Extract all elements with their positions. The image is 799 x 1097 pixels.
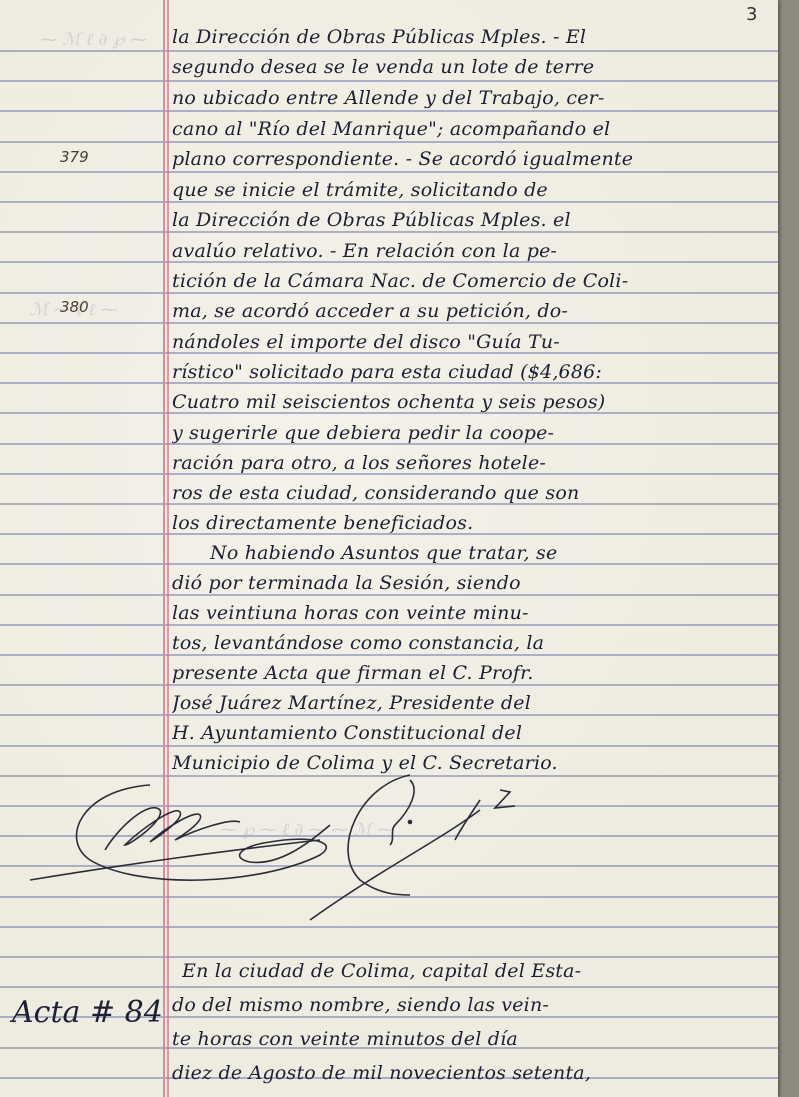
acta-84-line: diez de Agosto de mil novecientos setent… xyxy=(172,1062,766,1084)
body-line: José Juárez Martínez, Presidente del xyxy=(172,692,766,714)
signature-secretary xyxy=(310,775,515,920)
rule-line xyxy=(0,684,778,686)
rule-line xyxy=(0,171,778,173)
acta-84-line: do del mismo nombre, siendo las vein- xyxy=(172,994,766,1016)
body-line: cano al "Río del Manrique"; acompañando … xyxy=(172,118,766,140)
body-line: tición de la Cámara Nac. de Comercio de … xyxy=(172,270,766,292)
rule-line xyxy=(0,624,778,626)
body-line: dió por terminada la Sesión, siendo xyxy=(172,572,766,594)
page-number: 3 xyxy=(746,4,757,25)
body-line: rístico" solicitado para esta ciudad ($4… xyxy=(172,361,766,383)
acta-84-line: te horas con veinte minutos del día xyxy=(172,1028,766,1050)
body-line: y sugerirle que debiera pedir la coope- xyxy=(172,422,766,444)
body-line: la Dirección de Obras Públicas Mples. el xyxy=(172,209,766,231)
body-line: ma, se acordó acceder a su petición, do- xyxy=(172,300,766,322)
rule-line xyxy=(0,322,778,324)
body-line: las veintiuna horas con veinte minu- xyxy=(172,602,766,624)
rule-line xyxy=(0,292,778,294)
body-line: No habiendo Asuntos que tratar, se xyxy=(210,542,766,564)
rule-line xyxy=(0,654,778,656)
body-line: presente Acta que firman el C. Profr. xyxy=(172,662,766,684)
acta-84-line: En la ciudad de Colima, capital del Esta… xyxy=(182,960,766,982)
body-line: la Dirección de Obras Públicas Mples. - … xyxy=(172,26,766,48)
rule-line xyxy=(0,50,778,52)
rule-line xyxy=(0,80,778,82)
rule-line xyxy=(0,231,778,233)
signatures-area xyxy=(0,770,778,940)
rule-line xyxy=(0,594,778,596)
body-line: segundo desea se le venda un lote de ter… xyxy=(172,56,766,78)
body-line: plano correspondiente. - Se acordó igual… xyxy=(172,148,766,170)
body-line: H. Ayuntamiento Constitucional del xyxy=(172,722,766,744)
rule-line xyxy=(0,986,778,988)
body-line: que se inicie el trámite, solicitando de xyxy=(172,179,766,201)
body-line: no ubicado entre Allende y del Trabajo, … xyxy=(172,87,766,109)
rule-line xyxy=(0,141,778,143)
ledger-page: ⁓ ℳ ℓ ∂ ℘ ⁓ ℳ ⁓ ℓ ℓ ⁓ ⁓ ℘ ⁓ ℓ ∂ ⁓ ⁓ ℳ ⁓ … xyxy=(0,0,778,1097)
rule-line xyxy=(0,745,778,747)
body-line: ros de esta ciudad, considerando que son xyxy=(172,482,766,504)
rule-line xyxy=(0,714,778,716)
margin-entry-379: 379 xyxy=(60,148,89,166)
body-line: ración para otro, a los señores hotele- xyxy=(172,452,766,474)
margin-entry-380: 380 xyxy=(60,298,89,316)
body-line: avalúo relativo. - En relación con la pe… xyxy=(172,240,766,262)
acta-84-label: Acta # 84 xyxy=(12,995,163,1030)
bleed-through-text: ⁓ ℳ ℓ ∂ ℘ ⁓ xyxy=(40,30,147,50)
signature-president xyxy=(30,785,330,880)
rule-line xyxy=(0,201,778,203)
rule-line xyxy=(0,956,778,958)
body-line: tos, levantándose como constancia, la xyxy=(172,632,766,654)
rule-line xyxy=(0,110,778,112)
body-line: Cuatro mil seiscientos ochenta y seis pe… xyxy=(172,391,766,413)
body-line: los directamente beneficiados. xyxy=(172,512,766,534)
body-line: nándoles el importe del disco "Guía Tu- xyxy=(172,331,766,353)
